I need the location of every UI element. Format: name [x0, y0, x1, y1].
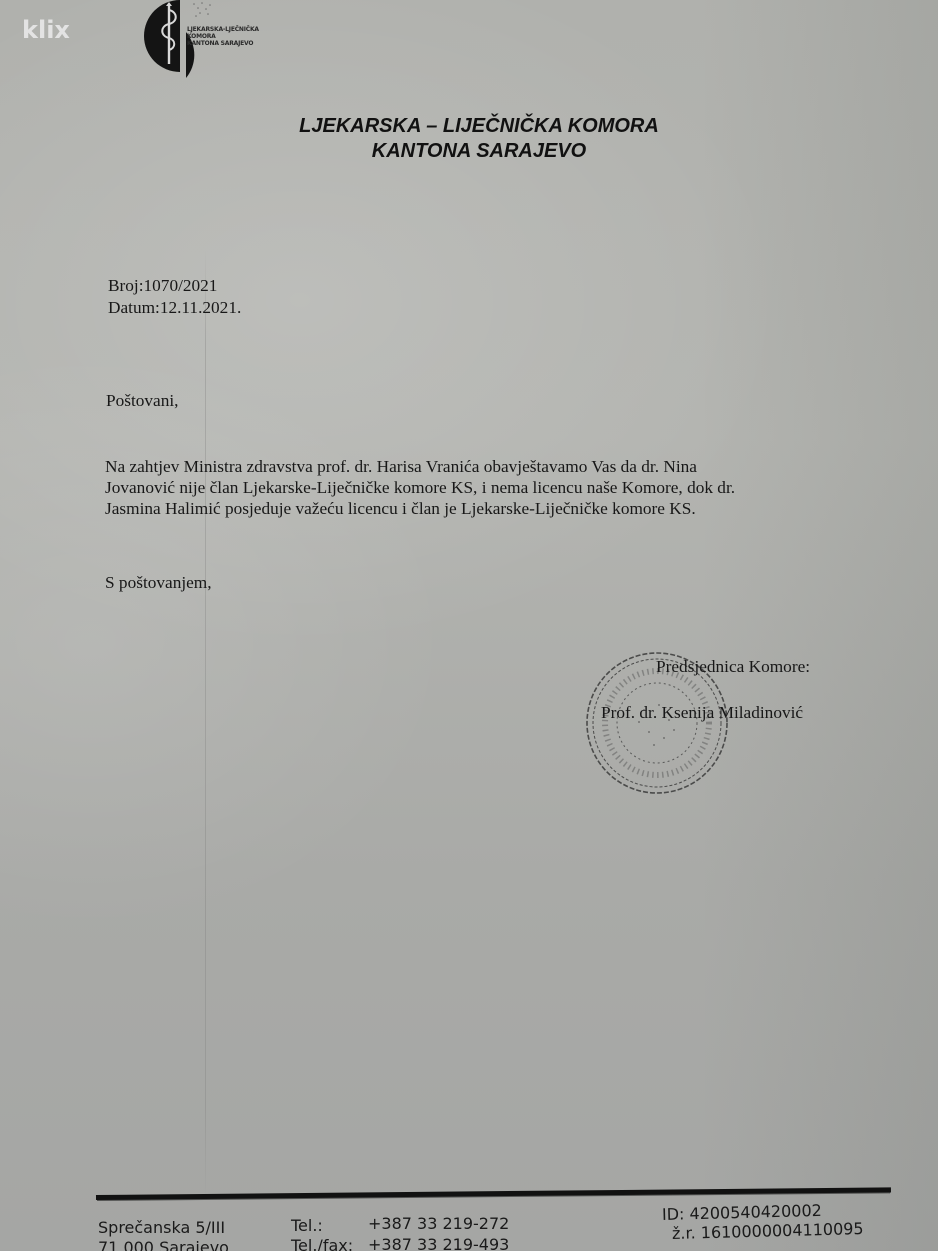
footer-tel-label: Tel.:	[291, 1216, 323, 1235]
footer-tel-value: +387 33 219-272	[368, 1214, 509, 1233]
footer-bank-account: ž.r. 1610000004110095	[672, 1219, 864, 1243]
footer-address-line2: 71 000 Sarajevo	[98, 1238, 229, 1251]
footer-fax-label: Tel./fax:	[291, 1236, 353, 1251]
footer-address-line1: Sprečanska 5/III	[98, 1218, 225, 1237]
footer-fax-value: +387 33 219-493	[368, 1235, 509, 1251]
